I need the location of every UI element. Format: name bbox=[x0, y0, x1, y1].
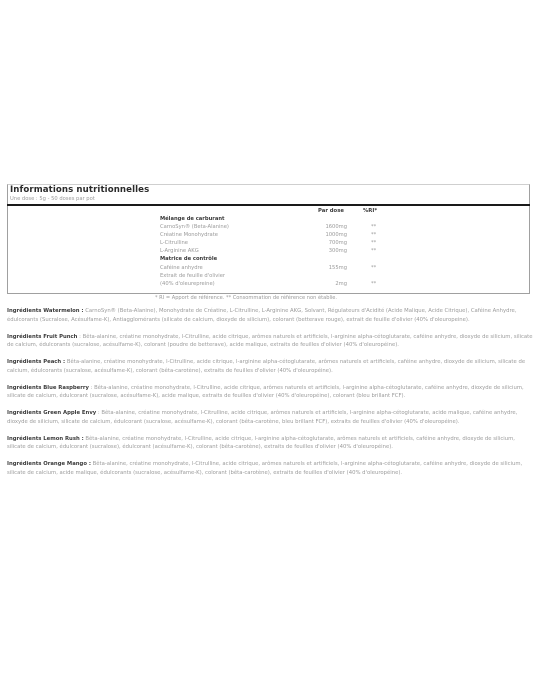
column-header-per-dose: Par dose bbox=[318, 208, 344, 214]
ingredient-paragraph: Ingrédients Orange Mango : Bêta-alanine,… bbox=[7, 460, 534, 477]
nutrition-row: Caféine anhydre155mg** bbox=[160, 265, 380, 273]
nutrition-row: (40% d'oleurepreine)2mg** bbox=[160, 281, 380, 289]
nutrient-name: Mélange de carburant bbox=[160, 216, 225, 222]
nutrient-ri: ** bbox=[371, 281, 376, 287]
ingredients-list: Ingrédients Watermelon : CarnoSyn® (Beta… bbox=[7, 307, 534, 486]
ingredient-paragraph: Ingrédients Lemon Rush : Bêta-alanine, c… bbox=[7, 435, 534, 452]
nutrition-row: Créatine Monohydrate1000mg** bbox=[160, 232, 380, 240]
nutrient-name: Créatine Monohydrate bbox=[160, 232, 218, 238]
nutrient-ri: ** bbox=[371, 232, 376, 238]
nutrient-ri: ** bbox=[371, 265, 376, 271]
nutrient-amount: 700mg bbox=[329, 240, 347, 246]
ingredient-text: : Bêta-alanine, créatine monohydrate, l-… bbox=[7, 334, 533, 349]
ingredient-flavor-label: Ingrédients Orange Mango : bbox=[7, 461, 91, 467]
ingredient-paragraph: Ingrédients Peach : Bêta-alanine, créati… bbox=[7, 358, 534, 375]
nutrition-row: L-Citrulline700mg** bbox=[160, 240, 380, 248]
nutrient-amount: 300mg bbox=[329, 248, 347, 254]
ingredient-text: Bêta-alanine, créatine monohydrate, l-Ci… bbox=[7, 359, 525, 374]
ingredient-flavor-label: Ingrédients Watermelon : bbox=[7, 308, 84, 314]
ingredient-text: CarnoSyn® (Beta-Alanine), Monohydrate de… bbox=[7, 308, 517, 323]
nutrition-table-body: Mélange de carburantCarnoSyn® (Beta-Alan… bbox=[160, 216, 380, 289]
nutrition-row: Extrait de feuille d'olivier bbox=[160, 273, 380, 281]
ingredient-flavor-label: Ingrédients Fruit Punch bbox=[7, 334, 77, 340]
nutrient-ri: ** bbox=[371, 248, 376, 254]
nutrition-title: Informations nutritionnelles bbox=[10, 185, 149, 195]
nutrient-ri: ** bbox=[371, 224, 376, 230]
ingredient-paragraph: Ingrédients Green Apple Envy : Bêta-alan… bbox=[7, 409, 534, 426]
nutrient-name: L-Arginine AKG bbox=[160, 248, 199, 254]
nutrient-name: (40% d'oleurepreine) bbox=[160, 281, 215, 287]
ingredient-flavor-label: Ingrédients Blue Raspberry bbox=[7, 385, 89, 391]
ingredient-paragraph: Ingrédients Watermelon : CarnoSyn® (Beta… bbox=[7, 307, 534, 324]
nutrition-section-row: Matrice de contrôle bbox=[160, 256, 380, 264]
nutrient-amount: 155mg bbox=[329, 265, 347, 271]
nutrition-subtitle: Une dose : 5g - 50 doses par pot bbox=[10, 196, 95, 202]
ingredient-flavor-label: Ingrédients Green Apple Envy bbox=[7, 410, 96, 416]
column-header-ri: %RI* bbox=[363, 208, 377, 214]
nutrient-name: Extrait de feuille d'olivier bbox=[160, 273, 225, 279]
nutrient-amount: 1600mg bbox=[325, 224, 347, 230]
nutrient-name: Matrice de contrôle bbox=[160, 256, 217, 262]
ingredient-flavor-label: Ingrédients Peach : bbox=[7, 359, 65, 365]
nutrient-ri: ** bbox=[371, 240, 376, 246]
nutrient-name: L-Citrulline bbox=[160, 240, 188, 246]
nutrition-divider bbox=[7, 204, 530, 206]
nutrient-name: CarnoSyn® (Beta-Alanine) bbox=[160, 224, 229, 230]
nutrition-footnote: * RI = Apport de référence. ** Consommat… bbox=[155, 295, 337, 301]
ingredient-text: Bêta-alanine, créatine monohydrate, l-Ci… bbox=[7, 436, 515, 451]
ingredient-paragraph: Ingrédients Fruit Punch : Bêta-alanine, … bbox=[7, 333, 534, 350]
ingredient-flavor-label: Ingrédients Lemon Rush : bbox=[7, 436, 84, 442]
nutrition-table-header: Par dose %RI* bbox=[160, 207, 380, 216]
nutrition-table: Par dose %RI* Mélange de carburantCarnoS… bbox=[160, 207, 380, 289]
nutrient-amount: 1000mg bbox=[325, 232, 347, 238]
nutrition-row: CarnoSyn® (Beta-Alanine)1600mg** bbox=[160, 224, 380, 232]
nutrient-name: Caféine anhydre bbox=[160, 265, 203, 271]
ingredient-paragraph: Ingrédients Blue Raspberry : Bêta-alanin… bbox=[7, 384, 534, 401]
nutrition-section-row: Mélange de carburant bbox=[160, 216, 380, 224]
nutrient-amount: 2mg bbox=[335, 281, 347, 287]
